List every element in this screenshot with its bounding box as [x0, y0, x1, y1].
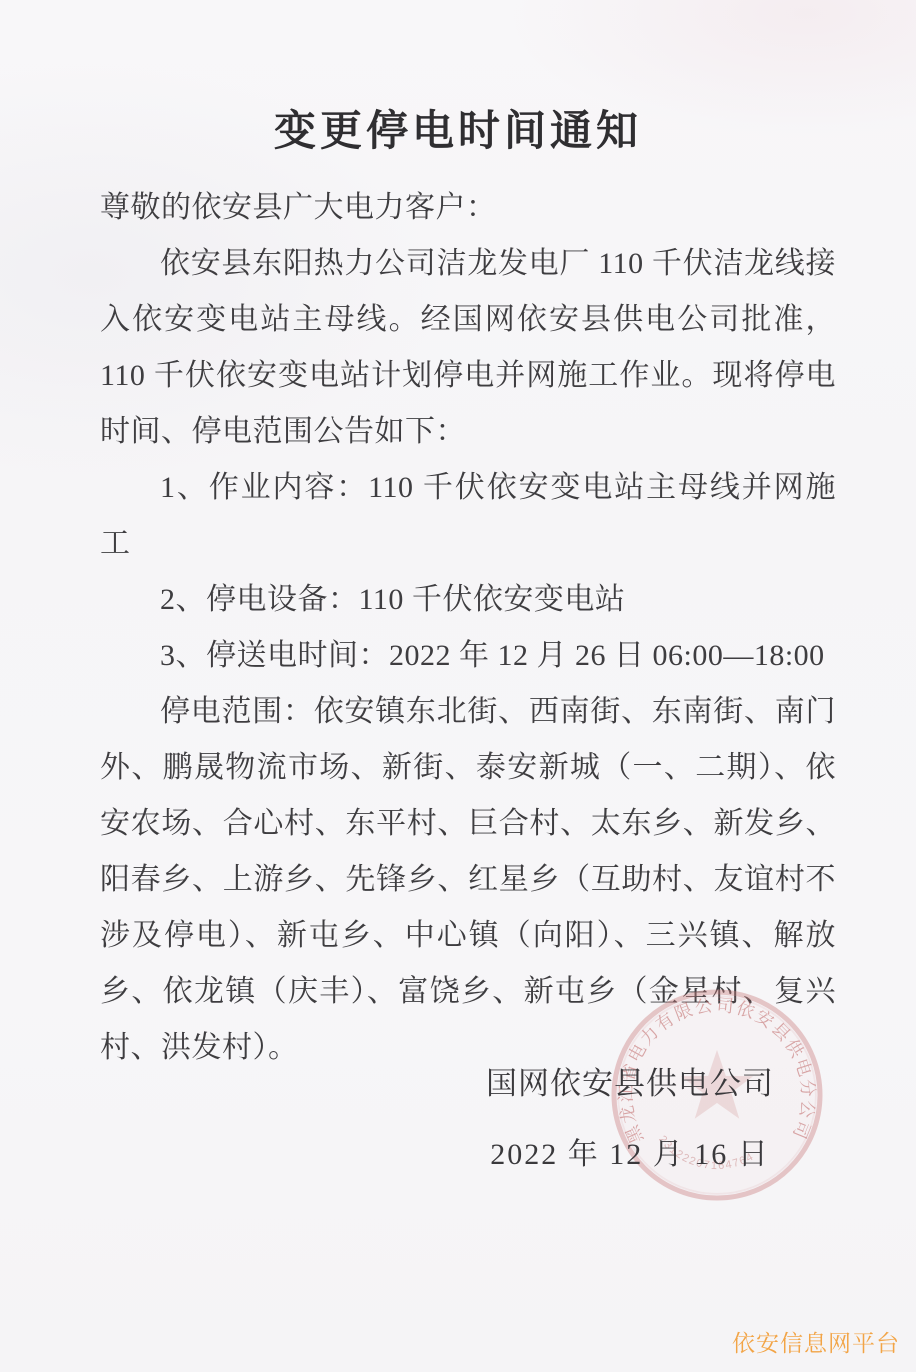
signature-company: 国网依安县供电公司	[420, 1058, 840, 1103]
signature-date: 2022 年 12 月 16 日	[420, 1129, 840, 1173]
paragraph-intro: 依安县东阳热力公司洁龙发电厂 110 千伏洁龙线接入依安变电站主母线。经国网依安…	[100, 236, 836, 460]
notice-body: 尊敬的依安县广大电力客户： 依安县东阳热力公司洁龙发电厂 110 千伏洁龙线接入…	[100, 180, 836, 1076]
notice-page: 变更停电时间通知 尊敬的依安县广大电力客户： 依安县东阳热力公司洁龙发电厂 11…	[0, 0, 916, 1372]
salutation: 尊敬的依安县广大电力客户：	[100, 180, 836, 236]
site-watermark: 依安信息网平台	[732, 1325, 900, 1358]
signature-block: 国网依安县供电公司 2022 年 12 月 16 日	[420, 1058, 840, 1173]
paragraph-item-2: 2、停电设备：110 千伏依安变电站	[100, 572, 836, 628]
paragraph-item-1: 1、作业内容：110 千伏依安变电站主母线并网施工	[100, 460, 836, 572]
notice-title: 变更停电时间通知	[0, 98, 916, 158]
paragraph-item-3: 3、停送电时间：2022 年 12 月 26 日 06:00—18:00	[100, 628, 836, 684]
